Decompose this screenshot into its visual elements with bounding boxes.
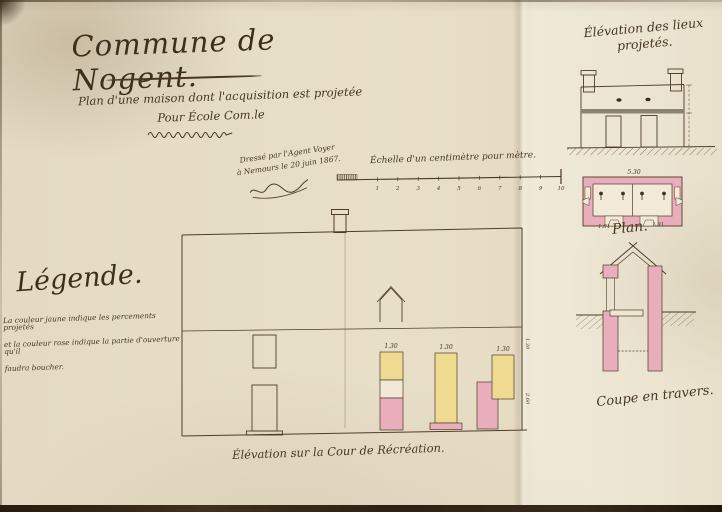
scale-tick-10: 10	[558, 186, 565, 192]
legend-heading: Légende.	[15, 259, 143, 299]
plan-caption: Plan.	[611, 218, 648, 238]
scanned-archival-sheet: Commune de Nogent. Plan d'une maison don…	[0, 0, 722, 512]
main-elevation-drawing: 1.30 1.30 1.30 1.30 2.60	[175, 198, 531, 448]
scale-tick-8: 8	[518, 186, 522, 192]
scale-tick-9: 9	[539, 186, 543, 192]
scale-tick-6: 6	[478, 186, 482, 192]
plan-width-dim: 5.30	[627, 169, 641, 176]
legend-line2: et la couleur rose indique la partie d'o…	[4, 335, 184, 356]
opening1-dim: 1.30	[384, 343, 398, 350]
legend-line3: faudra boucher.	[5, 358, 185, 372]
scale-tick-2: 2	[395, 186, 400, 192]
plan-dim-right: 1.91	[652, 222, 664, 228]
opening2-dim: 1.30	[439, 344, 453, 351]
scale-tick-1: 1	[376, 186, 380, 192]
facade-right-dim-upper: 1.30	[524, 338, 530, 350]
scale-tick-4: 4	[436, 186, 441, 192]
opening3-dim: 1.30	[496, 346, 510, 353]
scale-tick-3: 3	[416, 186, 420, 192]
legend-line1: La couleur jaune indique les percements …	[3, 311, 183, 332]
cross-section-drawing	[570, 240, 705, 392]
legend-text: La couleur jaune indique les percements …	[3, 311, 185, 381]
scale-bar: 1 2 3 4 5 6 7 8 9 10	[328, 167, 568, 197]
paper-edge-bottom	[0, 505, 722, 512]
elevation-projected-drawing	[565, 60, 722, 166]
facade-right-dim-lower: 2.60	[524, 392, 530, 405]
scale-label: Échelle d'un centimètre pour mètre.	[370, 150, 550, 166]
subtitle-flourish	[146, 129, 238, 141]
scale-tick-5: 5	[457, 186, 461, 192]
paper-corner-shadow	[0, 0, 26, 26]
paper-edge-top	[0, 0, 722, 2]
elevation-projected-caption: Élévation des lieux projetés.	[577, 14, 711, 57]
subtitle-line2: Pour École Com.le	[146, 107, 276, 126]
scale-tick-7: 7	[498, 186, 502, 192]
plan-dim-left: 1.91	[598, 224, 610, 230]
paper-edge-left	[0, 0, 2, 512]
